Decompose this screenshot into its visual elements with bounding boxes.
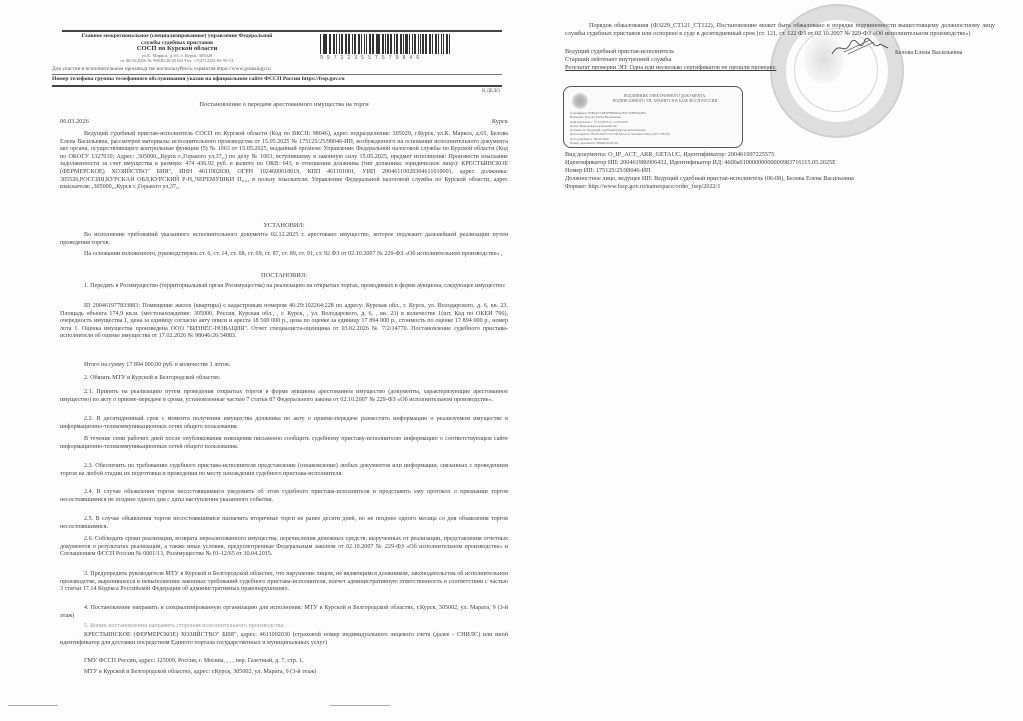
item2-2b-text: В течение семи рабочих дней после опубли… [60, 436, 508, 450]
barcode-bar [446, 34, 447, 54]
document-type: Вид документа: O_IP_ACT_ARR_GETAUC, Иден… [565, 151, 995, 159]
item2-5-text: 2.5. В случае объявления торгов несостоя… [60, 516, 508, 530]
date-row: 06.03.2026 Курск [60, 118, 508, 125]
delo-mark: В ДЕЛО [482, 89, 500, 94]
barcode-bar [438, 34, 439, 54]
ip-number: Номер ИП: 175125/25/98046-ИП [565, 167, 995, 175]
barcode-bar [366, 34, 367, 54]
item3-text: 3. Предупредить руководителя МТУ в Курск… [60, 571, 508, 592]
item3-paragraph: 3. Предупредить руководителя МТУ в Курск… [60, 571, 508, 594]
issuer-department: СОСП по Курской области [62, 46, 292, 53]
barcode-bar [422, 34, 424, 54]
document-identifiers: Идентификатор ИП: 200461986906432, Идент… [565, 159, 995, 167]
basis-paragraph: На основании изложенного, руководствуясь… [60, 251, 508, 259]
barcode-bar [441, 34, 442, 54]
barcode-bar [339, 34, 340, 54]
recipient3-text: МТУ в Курской и Белгородской областях, а… [84, 669, 316, 675]
item2-2b-paragraph: В течение семи рабочих дней после опубли… [60, 436, 508, 451]
appeal-text: Порядок обжалования (Ф3229_СТ121_СТ122),… [565, 22, 995, 37]
recipient1-paragraph: КРЕСТЬЯНСКОЕ (ФЕРМЕРСКОЕ) ХОЗЯЙСТВО" БИЯ… [60, 632, 508, 647]
item2-1-paragraph: 2.1. Принять на реализацию путем проведе… [60, 389, 508, 404]
barcode-bar [352, 34, 353, 54]
item2-3-text: 2.3. Обеспечить по требованию судебного … [60, 463, 508, 477]
item2-1-text: 2.1. Принять на реализацию путем проведе… [60, 389, 508, 403]
item4-paragraph: 4. Постановление направить в специализир… [60, 605, 508, 620]
item2-text: 2. Обязать МТУ в Курской и Белгородской … [84, 375, 221, 381]
barcode-bar [449, 34, 450, 54]
coat-of-arms-icon [572, 93, 588, 109]
signer-name: Белова Елена Васильевна [895, 49, 962, 56]
item1-text: 1. Передать в Росимущество (территориаль… [84, 283, 506, 289]
barcode-bar [418, 34, 419, 54]
signature-verification-result: Результат проверки ЭП: Одна или нескольк… [565, 64, 995, 72]
electronic-signature-box: ПОДЛИННИК ЭЛЕКТРОННОГО ДОКУМЕНТА, ПОДПИС… [563, 86, 743, 148]
item2-2-text: 2.2. В десятидневный срок с момента полу… [60, 416, 508, 430]
recipient1-text: КРЕСТЬЯНСКОЕ (ФЕРМЕРСКОЕ) ХОЗЯЙСТВО" БИЯ… [60, 632, 508, 646]
barcode-bar [364, 34, 365, 54]
established-text: Во исполнение требований указанного испо… [60, 232, 508, 246]
header-rule-bottom [52, 85, 502, 87]
document-format: Формат: http://www.fssp.gov.ru/namespace… [565, 183, 995, 191]
barcode-bar [435, 34, 436, 54]
basis-text: На основании изложенного, руководствуясь… [84, 251, 502, 257]
barcode-bar [382, 34, 384, 54]
total-paragraph: Итого на сумму 17 894 000,00 руб. в коли… [60, 362, 508, 370]
item5-text: 5. Копии постановления направить сторона… [84, 623, 285, 629]
barcode-bar [377, 34, 379, 54]
barcode-bar [345, 34, 347, 54]
item2-paragraph: 2. Обязать МТУ в Курской и Белгородской … [60, 375, 508, 383]
footer-mark-left [8, 705, 58, 706]
header-rule-top [62, 30, 502, 32]
property-paragraph: ID 200461977833883: Помещение жилое (ква… [60, 303, 508, 341]
barcode-bar [420, 34, 421, 54]
issuer-reference: от 06.03.2026 № 98046/26/45163 Тел. +7(4… [62, 58, 292, 63]
barcode-bar [385, 34, 386, 54]
ecp-line: Номер документа: 98046/26/45163 [570, 141, 738, 145]
barcode-bar [369, 34, 371, 54]
barcode-bar [333, 34, 335, 54]
barcode-bar [390, 34, 391, 54]
barcode-bar [400, 34, 402, 54]
barcode-bar [412, 34, 413, 54]
barcode-bar [376, 34, 377, 54]
gosuslugi-note: Для участия в исполнительном производств… [52, 66, 492, 72]
item5-paragraph: 5. Копии постановления направить сторона… [60, 623, 508, 631]
recipient2-paragraph: ГМУ ФССП России, адрес: 125009, Россия, … [60, 658, 508, 666]
appeal-paragraph: Порядок обжалования (Ф3229_СТ121_СТ122),… [565, 22, 995, 37]
barcode-bar [354, 34, 356, 54]
footer-mark-right [330, 705, 390, 706]
item4-text: 4. Постановление направить в специализир… [60, 605, 508, 619]
barcode-bar [387, 34, 389, 54]
responsible-official: Должностное лицо, ведущее ИП: Ведущий су… [565, 175, 995, 183]
issuer-block: Главное межрегиональное (специализирован… [62, 33, 292, 64]
barcode-bar [405, 34, 407, 54]
item2-5-paragraph: 2.5. В случае объявления торгов несостоя… [60, 516, 508, 531]
item2-6-paragraph: 2.6. Соблюдать сроки реализации, возврат… [60, 536, 508, 559]
recipient2-text: ГМУ ФССП России, адрес: 125009, Россия, … [84, 658, 304, 664]
barcode-bar [341, 34, 343, 54]
barcode-bar [403, 34, 404, 54]
barcode-bar [324, 34, 326, 54]
barcode-bar [358, 34, 359, 54]
barcode-bar [348, 34, 349, 54]
barcode-bar [432, 34, 433, 54]
barcode-bar [361, 34, 362, 54]
barcode-bar [409, 34, 410, 54]
ecp-title: ПОДЛИННИК ЭЛЕКТРОННОГО ДОКУМЕНТА, ПОДПИС… [592, 94, 738, 103]
barcode-bar [372, 34, 374, 54]
barcode-bar [396, 34, 398, 54]
barcode-bar [330, 34, 331, 54]
barcode-bar [323, 34, 324, 54]
property-text: ID 200461977833883: Помещение жилое (ква… [60, 303, 508, 339]
document-city: Курск [492, 118, 508, 125]
intro-text: Ведущий судебный пристав-исполнитель СОС… [60, 131, 508, 190]
issuer-name-line1: Главное межрегиональное (специализирован… [62, 33, 292, 40]
item2-6-text: 2.6. Соблюдать сроки реализации, возврат… [60, 536, 508, 557]
document-title: Постановление о передаче арестованного и… [62, 101, 506, 108]
barcode-bar [414, 34, 416, 54]
recipient3-paragraph: МТУ в Курской и Белгородской областях, а… [60, 669, 508, 677]
barcode-bar [429, 34, 430, 54]
established-heading: УСТАНОВИЛ: [60, 222, 508, 229]
barcode-bar [336, 34, 337, 54]
item2-2-paragraph: 2.2. В десятидневный срок с момента полу… [60, 416, 508, 431]
intro-paragraph: Ведущий судебный пристав-исполнитель СОС… [60, 131, 508, 192]
barcode-digits: 997223557579846 [320, 55, 452, 61]
established-paragraph: Во исполнение требований указанного испо… [60, 232, 508, 247]
item1-paragraph: 1. Передать в Росимущество (территориаль… [60, 283, 508, 291]
phone-note: Номер телефона группы телефонного обслуж… [52, 76, 502, 82]
item2-4-text: 2.4. В случае объявления торгов несостоя… [60, 489, 508, 503]
barcode-bar [320, 34, 321, 54]
header-rule-mid [52, 74, 502, 75]
document-date: 06.03.2026 [60, 118, 89, 125]
resolved-heading: ПОСТАНОВИЛ: [60, 272, 508, 279]
ecp-details: Сертификат: 00B2A7C8E0F9B2D3A1E5C7D9F8A2… [570, 111, 738, 145]
total-text: Итого на сумму 17 894 000,00 руб. в коли… [84, 362, 230, 368]
barcode-bar [329, 34, 330, 54]
item2-4-paragraph: 2.4. В случае объявления торгов несостоя… [60, 489, 508, 504]
item2-3-paragraph: 2.3. Обеспечить по требованию судебного … [60, 463, 508, 478]
barcode-bar [425, 34, 427, 54]
barcode-bar [394, 34, 395, 54]
barcode [320, 34, 452, 54]
barcode-bar [443, 34, 444, 54]
ecp-title-line2: ПОДПИСАННОГО ЭП, ХРАНИТСЯ В БАЗЕ ФССП РО… [592, 99, 738, 104]
signer-rank: Старший лейтенант внутренней службы [565, 56, 995, 64]
